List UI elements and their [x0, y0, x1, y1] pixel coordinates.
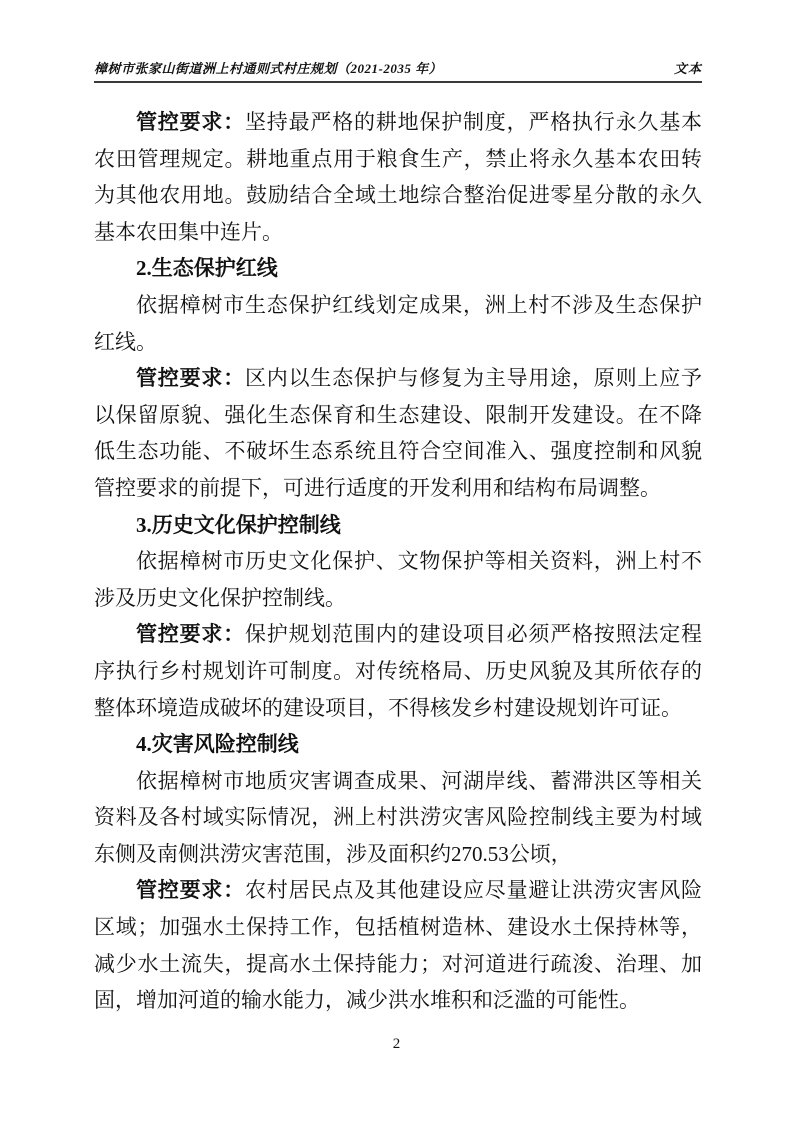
header-document-type: 文本 [674, 58, 702, 77]
paragraph: 管控要求：保护规划范围内的建设项目必须严格按照法定程序执行乡村规划许可制度。对传… [94, 616, 702, 726]
paragraph-bold-prefix: 管控要求： [136, 366, 245, 390]
paragraph: 管控要求：农村居民点及其他建设应尽量避让洪涝灾害风险区域；加强水土保持工作，包括… [94, 872, 702, 1018]
paragraph-bold-prefix: 管控要求： [136, 622, 245, 646]
paragraph: 依据樟树市历史文化保护、文物保护等相关资料，洲上村不涉及历史文化保护控制线。 [94, 543, 702, 616]
section-heading: 2.生态保护红线 [94, 250, 702, 287]
document-body: 管控要求：坚持最严格的耕地保护制度，严格执行永久基本农田管理规定。耕地重点用于粮… [94, 104, 702, 1019]
paragraph-bold-prefix: 管控要求： [136, 110, 245, 134]
paragraph: 依据樟树市地质灾害调查成果、河湖岸线、蓄滞洪区等相关资料及各村域实际情况，洲上村… [94, 763, 702, 873]
paragraph: 管控要求：坚持最严格的耕地保护制度，严格执行永久基本农田管理规定。耕地重点用于粮… [94, 104, 702, 250]
page-header: 樟树市张家山街道洲上村通则式村庄规划（2021-2035 年） 文本 [94, 58, 702, 83]
header-document-title: 樟树市张家山街道洲上村通则式村庄规划（2021-2035 年） [94, 58, 442, 77]
paragraph: 管控要求：区内以生态保护与修复为主导用途，原则上应予以保留原貌、强化生态保育和生… [94, 360, 702, 506]
paragraph-bold-prefix: 管控要求： [136, 878, 245, 902]
document-page: 樟树市张家山街道洲上村通则式村庄规划（2021-2035 年） 文本 管控要求：… [0, 0, 793, 1122]
section-heading: 3.历史文化保护控制线 [94, 507, 702, 544]
page-number: 2 [393, 1036, 401, 1052]
section-heading: 4.灾害风险控制线 [94, 726, 702, 763]
paragraph: 依据樟树市生态保护红线划定成果，洲上村不涉及生态保护红线。 [94, 287, 702, 360]
page-footer: 2 [0, 1036, 793, 1053]
